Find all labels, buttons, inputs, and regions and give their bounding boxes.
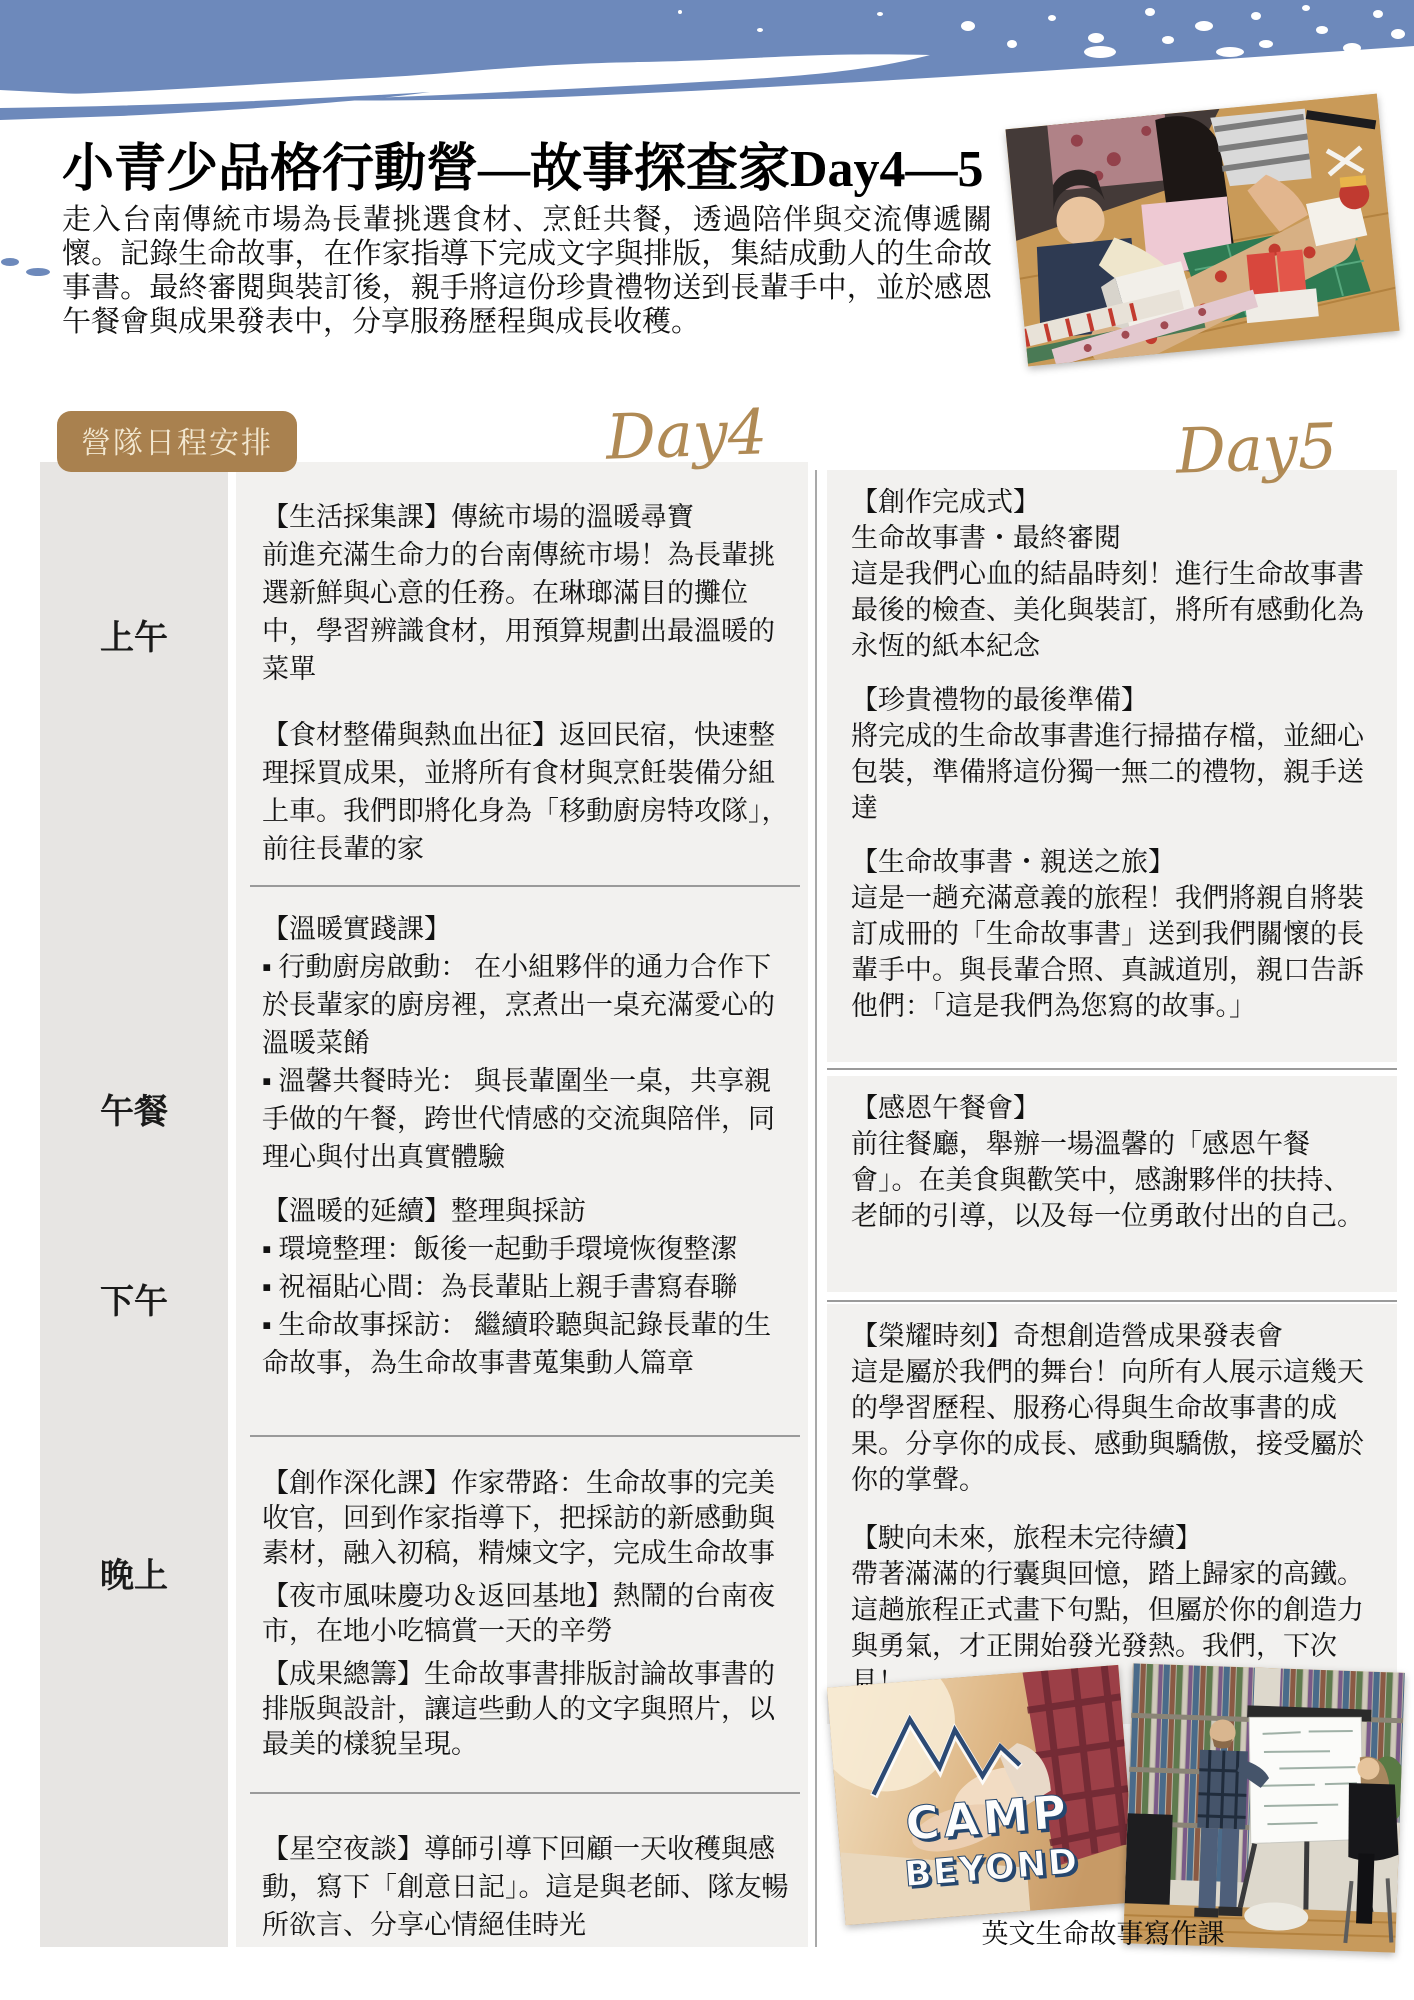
column-divider (815, 470, 817, 1947)
card-divider (827, 1300, 1397, 1302)
schedule-paragraph: 【食材整備與熱血出征】返回民宿，快速整理採買成果，並將所有食材與烹飪裝備分組上車… (262, 716, 790, 868)
schedule-paragraph: 【溫暖實踐課】 (262, 910, 790, 948)
day4-night-talk-section: 【星空夜談】導師引導下回顧一天收穫與感動，寫下「創意日記」。這是與老師、隊友暢所… (262, 1830, 790, 1944)
intro-paragraph: 走入台南傳統市場為長輩挑選食材、烹飪共餐，透過陪伴與交流傳遞關懷。記錄生命故事，… (62, 203, 992, 339)
craft-workshop-photo (1005, 94, 1399, 367)
schedule-badge: 營隊日程安排 (57, 411, 297, 472)
schedule-paragraph: 【成果總籌】生命故事書排版討論故事書的排版與設計，讓這些動人的文字與照片，以最美… (262, 1657, 790, 1762)
schedule-paragraph: ▪ 溫馨共餐時光： 與長輩圍坐一桌，共享親手做的午餐，跨世代情感的交流與陪伴，同… (262, 1062, 790, 1176)
schedule-paragraph: 【星空夜談】導師引導下回顧一天收穫與感動，寫下「創意日記」。這是與老師、隊友暢所… (262, 1830, 790, 1944)
day5-card-lunch: 【感恩午餐會】 前往餐廳，舉辦一場溫馨的「感恩午餐會」。在美食與歡笑中，感謝夥伴… (827, 1076, 1397, 1292)
schedule-paragraph: 【夜市風味慶功＆返回基地】熱鬧的台南夜市，在地小吃犒賞一天的辛勞 (262, 1579, 790, 1649)
schedule-paragraph: 【溫暖的延續】整理與採訪 (262, 1192, 790, 1230)
day5-card-creation: 【創作完成式】 生命故事書・最終審閱 這是我們心血的結晶時刻！進行生命故事書最後… (827, 470, 1397, 1062)
schedule-paragraph: ▪ 生命故事採訪： 繼續聆聽與記錄長輩的生命故事，為生命故事書蒐集動人篇章 (262, 1306, 790, 1382)
day5-heading: Day5 (1175, 415, 1338, 483)
schedule-paragraph: 【創作完成式】 生命故事書・最終審閱 這是我們心血的結晶時刻！進行生命故事書最後… (851, 484, 1373, 664)
day4-morning-section: 【生活採集課】傳統市場的溫暖尋寶 前進充滿生命力的台南傳統市場！為長輩挑選新鮮與… (262, 498, 790, 868)
craft-photo-art (1005, 94, 1399, 367)
section-divider (250, 885, 800, 887)
day4-evening-section: 【創作深化課】作家帶路：生命故事的完美收官，回到作家指導下，把採訪的新感動與素材… (262, 1466, 790, 1770)
flyer-page: 小青少品格行動營—故事探查家Day4—5 走入台南傳統市場為長輩挑選食材、烹飪共… (0, 0, 1414, 2000)
schedule-paragraph: ▪ 祝福貼心間：為長輩貼上親手書寫春聯 (262, 1268, 790, 1306)
schedule-paragraph: 【創作深化課】作家帶路：生命故事的完美收官，回到作家指導下，把採訪的新感動與素材… (262, 1466, 790, 1571)
schedule-paragraph: ▪ 行動廚房啟動： 在小組夥伴的通力合作下於長輩家的廚房裡，烹煮出一桌充滿愛心的… (262, 948, 790, 1062)
library-class-photo (1123, 1663, 1405, 1952)
card-divider (827, 1068, 1397, 1070)
day5-column: 【創作完成式】 生命故事書・最終審閱 這是我們心血的結晶時刻！進行生命故事書最後… (827, 470, 1397, 1724)
schedule-paragraph: 【生活採集課】傳統市場的溫暖尋寶 前進充滿生命力的台南傳統市場！為長輩挑選新鮮與… (262, 498, 790, 688)
page-title: 小青少品格行動營—故事探查家Day4—5 (62, 141, 1022, 198)
time-slot-evening: 晚上 (40, 1548, 228, 1597)
day4-column: 【生活採集課】傳統市場的溫暖尋寶 前進充滿生命力的台南傳統市場！為長輩挑選新鮮與… (236, 462, 808, 1947)
time-slot-morning: 上午 (40, 610, 228, 659)
day4-heading: Day4 (605, 401, 768, 469)
time-slot-lunch: 午餐 (40, 1084, 228, 1133)
time-slot-afternoon: 下午 (40, 1274, 228, 1323)
day4-lunch-afternoon-section: 【溫暖實踐課】 ▪ 行動廚房啟動： 在小組夥伴的通力合作下於長輩家的廚房裡，烹煮… (262, 910, 790, 1382)
section-divider (250, 1792, 800, 1794)
schedule-paragraph: 【珍貴禮物的最後準備】 將完成的生命故事書進行掃描存檔，並細心包裝，準備將這份獨… (851, 682, 1373, 826)
photo-caption: 英文生命故事寫作課 (948, 1912, 1258, 1951)
library-photo-art (1123, 1663, 1405, 1952)
schedule-paragraph: ▪ 環境整理：飯後一起動手環境恢復整潔 (262, 1230, 790, 1268)
time-sidebar: 上午 午餐 下午 晚上 (40, 462, 228, 1947)
day5-card-finale: 【榮耀時刻】奇想創造營成果發表會 這是屬於我們的舞台！向所有人展示這幾天的學習歷… (827, 1304, 1397, 1724)
section-divider (250, 1435, 800, 1437)
camp-beyond-wordmark: CAMP CAMP BEYOND BEYOND (899, 1784, 1084, 1899)
camp-beyond-art: CAMP CAMP BEYOND BEYOND (827, 1665, 1137, 1925)
camp-beyond-photo: CAMP CAMP BEYOND BEYOND (827, 1665, 1137, 1925)
schedule-paragraph: 【榮耀時刻】奇想創造營成果發表會 這是屬於我們的舞台！向所有人展示這幾天的學習歷… (851, 1318, 1373, 1498)
schedule-paragraph: 【生命故事書・親送之旅】 這是一趟充滿意義的旅程！我們將親自將裝訂成冊的「生命故… (851, 844, 1373, 1024)
schedule-paragraph: 【感恩午餐會】 前往餐廳，舉辦一場溫馨的「感恩午餐會」。在美食與歡笑中，感謝夥伴… (851, 1090, 1373, 1234)
